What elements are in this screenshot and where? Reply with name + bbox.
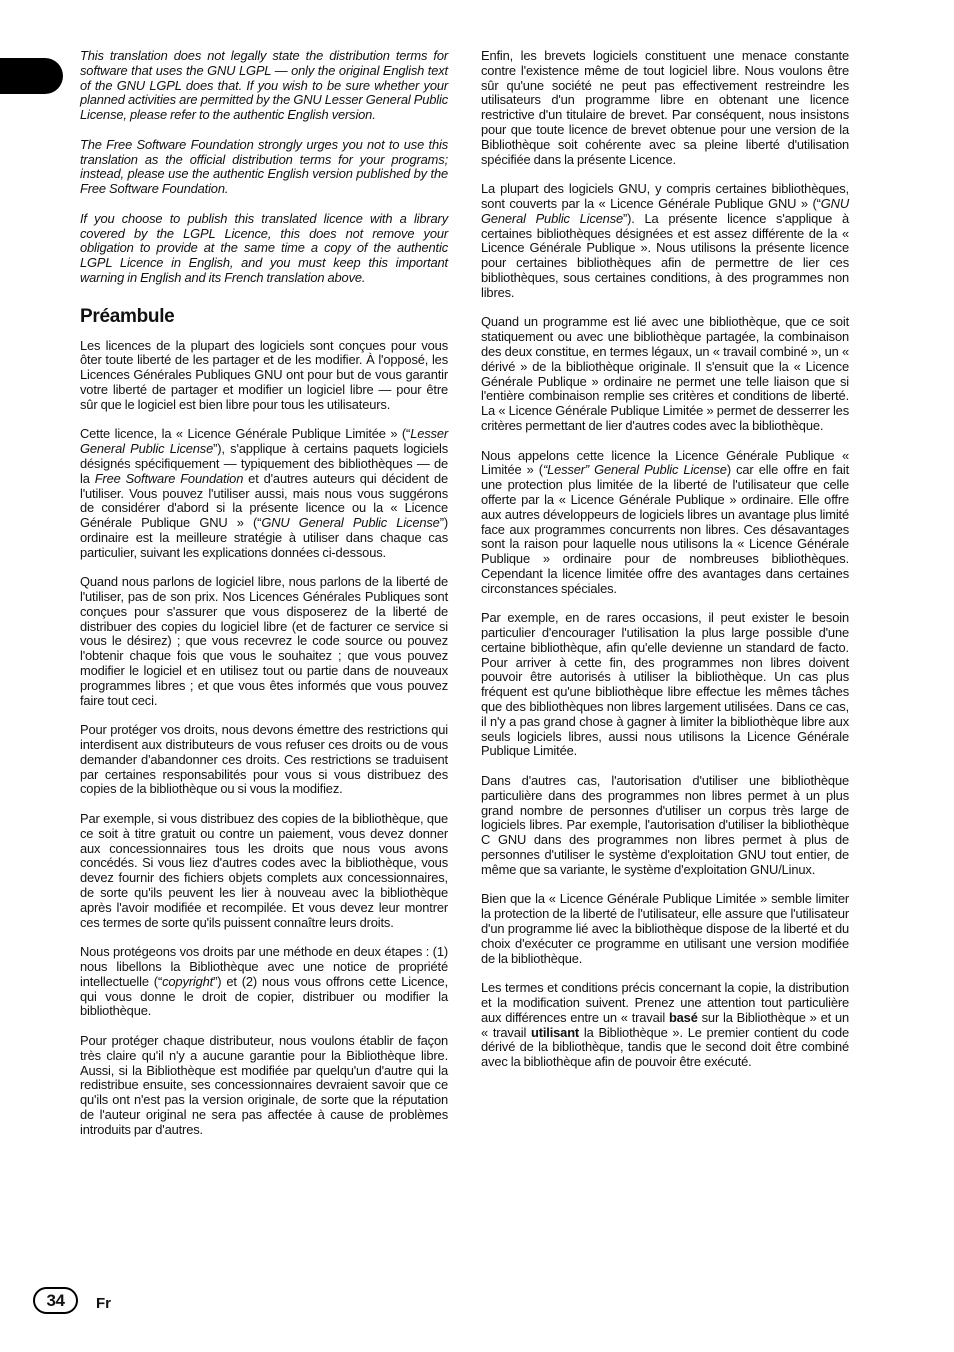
paragraph: Quand nous parlons de logiciel libre, no…	[80, 575, 448, 708]
paragraph: Pour protéger chaque distributeur, nous …	[80, 1034, 448, 1138]
italic-run: Free Software Foundation	[95, 471, 244, 486]
text-run: If you choose to publish this translated…	[80, 211, 448, 285]
left-column: This translation does not legally state …	[80, 49, 448, 1152]
paragraph: Quand un programme est lié avec une bibl…	[481, 315, 849, 433]
italic-run: “Lesser” General Public License	[543, 462, 727, 477]
paragraph: Cette licence, la « Licence Générale Pub…	[80, 427, 448, 560]
text-run: Pour protéger vos droits, nous devons ém…	[80, 722, 448, 796]
text-run: Pour protéger chaque distributeur, nous …	[80, 1033, 448, 1137]
text-run: Quand nous parlons de logiciel libre, no…	[80, 574, 448, 707]
text-run: Cette licence, la « Licence Générale Pub…	[80, 426, 410, 441]
paragraph: Nous appelons cette licence la Licence G…	[481, 449, 849, 597]
text-run: This translation does not legally state …	[80, 48, 448, 122]
paragraph: Nous protégeons vos droits par une métho…	[80, 945, 448, 1019]
page-number-badge: 34	[33, 1287, 78, 1314]
page-number: 34	[47, 1291, 65, 1311]
paragraph: Par exemple, en de rares occasions, il p…	[481, 611, 849, 759]
paragraph: If you choose to publish this translated…	[80, 212, 448, 286]
language-label: Fr	[96, 1295, 111, 1312]
italic-run: GNU General Public License	[261, 515, 439, 530]
italic-run: copyright	[162, 974, 213, 989]
text-run: Bien que la « Licence Générale Publique …	[481, 891, 849, 965]
manual-page: This translation does not legally state …	[0, 0, 954, 1352]
chapter-tab	[0, 58, 63, 94]
text-run: Par exemple, si vous distribuez des copi…	[80, 811, 448, 930]
paragraph: La plupart des logiciels GNU, y compris …	[481, 182, 849, 300]
bold-run: basé	[669, 1010, 698, 1025]
right-column: Enfin, les brevets logiciels constituent…	[481, 49, 849, 1085]
text-run: Enfin, les brevets logiciels constituent…	[481, 48, 849, 167]
paragraph: Enfin, les brevets logiciels constituent…	[481, 49, 849, 167]
text-run: La plupart des logiciels GNU, y compris …	[481, 181, 849, 211]
text-run: Les licences de la plupart des logiciels…	[80, 338, 448, 412]
paragraph: Dans d'autres cas, l'autorisation d'util…	[481, 774, 849, 878]
section-heading: Préambule	[80, 310, 448, 325]
text-run: ) car elle offre en fait une protection …	[481, 462, 849, 595]
paragraph: Par exemple, si vous distribuez des copi…	[80, 812, 448, 930]
bold-run: utilisant	[531, 1025, 579, 1040]
text-run: Dans d'autres cas, l'autorisation d'util…	[481, 773, 849, 877]
paragraph: Bien que la « Licence Générale Publique …	[481, 892, 849, 966]
text-run: The Free Software Foundation strongly ur…	[80, 137, 448, 196]
text-run: Quand un programme est lié avec une bibl…	[481, 314, 849, 433]
paragraph: Les licences de la plupart des logiciels…	[80, 339, 448, 413]
text-run: Par exemple, en de rares occasions, il p…	[481, 610, 849, 758]
paragraph: Pour protéger vos droits, nous devons ém…	[80, 723, 448, 797]
paragraph: Les termes et conditions précis concerna…	[481, 981, 849, 1070]
paragraph: This translation does not legally state …	[80, 49, 448, 123]
paragraph: The Free Software Foundation strongly ur…	[80, 138, 448, 197]
